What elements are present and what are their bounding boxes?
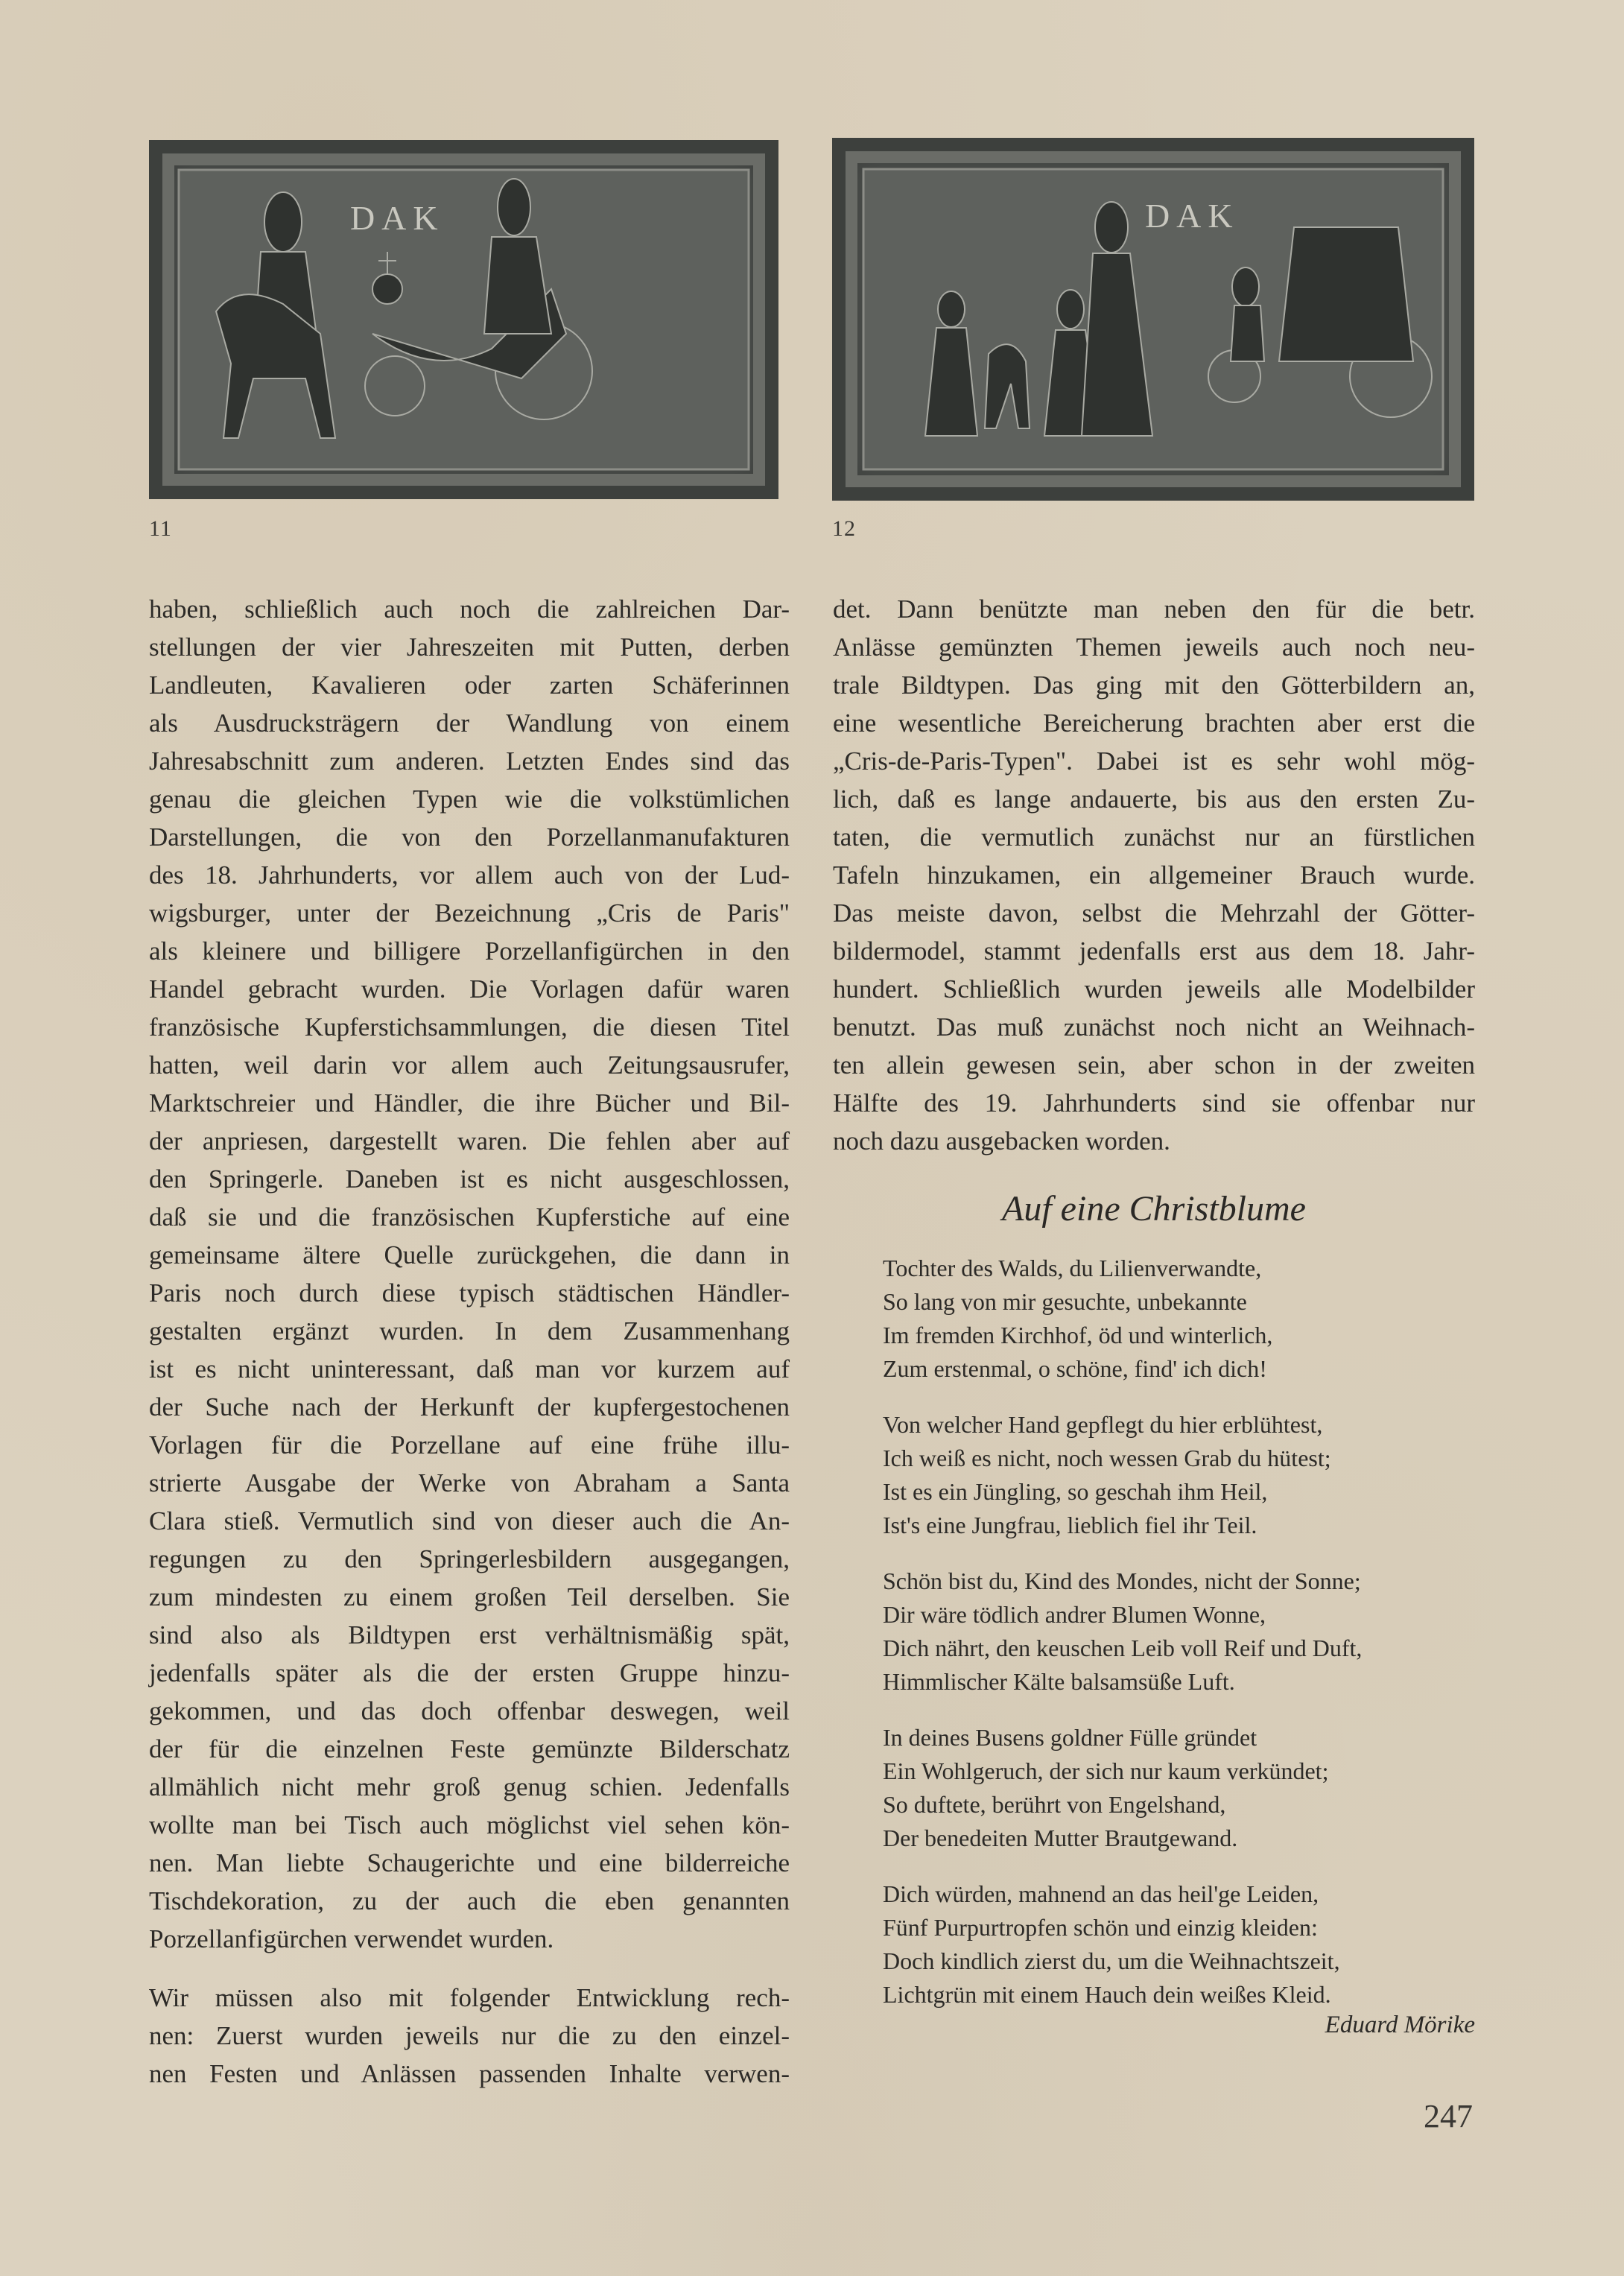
text-line: trale Bildtypen. Das ging mit den Götter… [833, 666, 1475, 704]
poem-verse-line: Dir wäre tödlich andrer Blumen Wonne, [883, 1598, 1362, 1632]
text-line: der Suche nach der Herkunft der kupferge… [149, 1388, 790, 1426]
poem-verse-line: Ist es ein Jüngling, so geschah ihm Heil… [883, 1475, 1362, 1509]
poem-verse-line: Dich nährt, den keuschen Leib voll Reif … [883, 1632, 1362, 1665]
text-line: benutzt. Das muß zunächst noch nicht an … [833, 1008, 1475, 1046]
text-line: jedenfalls später als die der ersten Gru… [149, 1654, 790, 1692]
text-line: bildermodel, stammt jedenfalls erst aus … [833, 932, 1475, 970]
poem-verse-line: In deines Busens goldner Fülle gründet [883, 1721, 1362, 1754]
text-line: Das meiste davon, selbst die Mehrzahl de… [833, 894, 1475, 932]
paragraph-gap [149, 1958, 790, 1979]
text-line: als Ausdrucksträgern der Wandlung von ei… [149, 704, 790, 742]
poem-verse-line: Der benedeiten Mutter Brautgewand. [883, 1822, 1362, 1855]
poem-verse-line: Ein Wohlgeruch, der sich nur kaum verkün… [883, 1754, 1362, 1788]
text-line: Jahresabschnitt zum anderen. Letzten End… [149, 742, 790, 780]
poem-stanza: Von welcher Hand gepflegt du hier erblüh… [883, 1408, 1362, 1542]
text-line: nen Festen und Anlässen passenden Inhalt… [149, 2055, 790, 2093]
text-line: Porzellanfigürchen verwendet wurden. [149, 1920, 790, 1958]
text-line: taten, die vermutlich zunächst nur an fü… [833, 818, 1475, 856]
poem-verse-line: Im fremden Kirchhof, öd und winterlich, [883, 1319, 1362, 1352]
text-line: ten allein gewesen sein, aber schon in d… [833, 1046, 1475, 1084]
paragraph: Wir müssen also mit folgender Entwicklun… [149, 1979, 790, 2093]
text-line: allmählich nicht mehr groß genug schien.… [149, 1768, 790, 1806]
poem-verse-line: Ich weiß es nicht, noch wessen Grab du h… [883, 1442, 1362, 1475]
text-line: als kleinere und billigere Porzellanfigü… [149, 932, 790, 970]
text-line: gestalten ergänzt wurden. In dem Zusamme… [149, 1312, 790, 1350]
text-line: Wir müssen also mit folgender Entwicklun… [149, 1979, 790, 2017]
text-line: Tischdekoration, zu der auch die eben ge… [149, 1882, 790, 1920]
text-line: haben, schließlich auch noch die zahlrei… [149, 590, 790, 628]
text-line: hatten, weil darin vor allem auch Zeitun… [149, 1046, 790, 1084]
text-line: stellungen der vier Jahreszeiten mit Put… [149, 628, 790, 666]
text-line: regungen zu den Springerlesbildern ausge… [149, 1540, 790, 1578]
text-line: französische Kupferstichsammlungen, die … [149, 1008, 790, 1046]
text-line: gekommen, und das doch offenbar deswegen… [149, 1692, 790, 1730]
poem-verse-line: Schön bist du, Kind des Mondes, nicht de… [883, 1565, 1362, 1598]
poem-stanza: Tochter des Walds, du Lilienverwandte,So… [883, 1252, 1362, 1386]
figure-11-caption: 11 [149, 516, 172, 542]
page-number: 247 [1424, 2097, 1473, 2135]
text-line: wigsburger, unter der Bezeichnung „Cris … [149, 894, 790, 932]
inscription-dak: D A K [350, 199, 438, 237]
text-line: nen. Man liebte Schaugerichte und eine b… [149, 1844, 790, 1882]
poem-verse-line: Dich würden, mahnend an das heil'ge Leid… [883, 1877, 1362, 1911]
poem-stanza: Dich würden, mahnend an das heil'ge Leid… [883, 1877, 1362, 2012]
text-line: strierte Ausgabe der Werke von Abraham a… [149, 1464, 790, 1502]
text-line: Marktschreier und Händler, die ihre Büch… [149, 1084, 790, 1122]
text-line: sind also als Bildtypen erst verhältnism… [149, 1616, 790, 1654]
text-line: eine wesentliche Bereicherung brachten a… [833, 704, 1475, 742]
right-text-column: det. Dann benützte man neben den für die… [833, 590, 1475, 1160]
poem-verse-line: Fünf Purpurtropfen schön und einzig klei… [883, 1911, 1362, 1944]
paragraph: det. Dann benützte man neben den für die… [833, 590, 1475, 1160]
text-line: Paris noch durch diese typisch städtisch… [149, 1274, 790, 1312]
text-line: Anlässe gemünzten Themen jeweils auch no… [833, 628, 1475, 666]
poem-author: Eduard Mörike [1325, 2012, 1475, 2039]
poem-verse-line: So lang von mir gesuchte, unbekannte [883, 1285, 1362, 1319]
text-line: Darstellungen, die von den Porzellanmanu… [149, 818, 790, 856]
text-line: lich, daß es lange andauerte, bis aus de… [833, 780, 1475, 818]
text-line: gemeinsame ältere Quelle zurückgehen, di… [149, 1236, 790, 1274]
poem-verse-line: Ist's eine Jungfrau, lieblich fiel ihr T… [883, 1509, 1362, 1542]
text-line: daß sie und die französischen Kupferstic… [149, 1198, 790, 1236]
poem-body: Tochter des Walds, du Lilienverwandte,So… [883, 1252, 1362, 2034]
relief-family-carriage-illustration: D A K [832, 138, 1474, 501]
text-line: den Springerle. Daneben ist es nicht aus… [149, 1160, 790, 1198]
text-line: „Cris-de-Paris-Typen". Dabei ist es sehr… [833, 742, 1475, 780]
text-line: der anpriesen, dargestellt waren. Die fe… [149, 1122, 790, 1160]
poem-verse-line: So duftete, berührt von Engelshand, [883, 1788, 1362, 1822]
poem-stanza: In deines Busens goldner Fülle gründetEi… [883, 1721, 1362, 1855]
text-line: noch dazu ausgebacken worden. [833, 1122, 1475, 1160]
text-line: wollte man bei Tisch auch möglichst viel… [149, 1806, 790, 1844]
text-line: des 18. Jahrhunderts, vor allem auch von… [149, 856, 790, 894]
text-line: Vorlagen für die Porzellane auf eine frü… [149, 1426, 790, 1464]
text-line: det. Dann benützte man neben den für die… [833, 590, 1475, 628]
poem-verse-line: Tochter des Walds, du Lilienverwandte, [883, 1252, 1362, 1285]
poem-verse-line: Von welcher Hand gepflegt du hier erblüh… [883, 1408, 1362, 1442]
text-line: Tafeln hinzukamen, ein allgemeiner Brauc… [833, 856, 1475, 894]
figure-11-image: D A K [149, 140, 778, 499]
poem-verse-line: Lichtgrün mit einem Hauch dein weißes Kl… [883, 1978, 1362, 2012]
relief-carriage-rider-illustration: D A K [149, 140, 778, 499]
text-line: genau die gleichen Typen wie die volkstü… [149, 780, 790, 818]
text-line: der für die einzelnen Feste gemünzte Bil… [149, 1730, 790, 1768]
poem-verse-line: Zum erstenmal, o schöne, find' ich dich! [883, 1352, 1362, 1386]
left-text-column: haben, schließlich auch noch die zahlrei… [149, 590, 790, 2093]
text-line: Hälfte des 19. Jahrhunderts sind sie off… [833, 1084, 1475, 1122]
inscription-dak: D A K [1145, 197, 1233, 235]
figure-12-image: D A K [832, 138, 1474, 501]
paragraph: haben, schließlich auch noch die zahlrei… [149, 590, 790, 1958]
poem-verse-line: Doch kindlich zierst du, um die Weihnach… [883, 1944, 1362, 1978]
poem-title: Auf eine Christblume [833, 1188, 1475, 1229]
text-line: hundert. Schließlich wurden jeweils alle… [833, 970, 1475, 1008]
text-line: zum mindesten zu einem großen Teil derse… [149, 1578, 790, 1616]
text-line: Clara stieß. Vermutlich sind von dieser … [149, 1502, 790, 1540]
poem-stanza: Schön bist du, Kind des Mondes, nicht de… [883, 1565, 1362, 1699]
figure-12-caption: 12 [832, 516, 856, 542]
text-line: ist es nicht uninteressant, daß man vor … [149, 1350, 790, 1388]
text-line: Handel gebracht wurden. Die Vorlagen daf… [149, 970, 790, 1008]
poem-verse-line: Himmlischer Kälte balsamsüße Luft. [883, 1665, 1362, 1699]
text-line: Landleuten, Kavalieren oder zarten Schäf… [149, 666, 790, 704]
text-line: nen: Zuerst wurden jeweils nur die zu de… [149, 2017, 790, 2055]
